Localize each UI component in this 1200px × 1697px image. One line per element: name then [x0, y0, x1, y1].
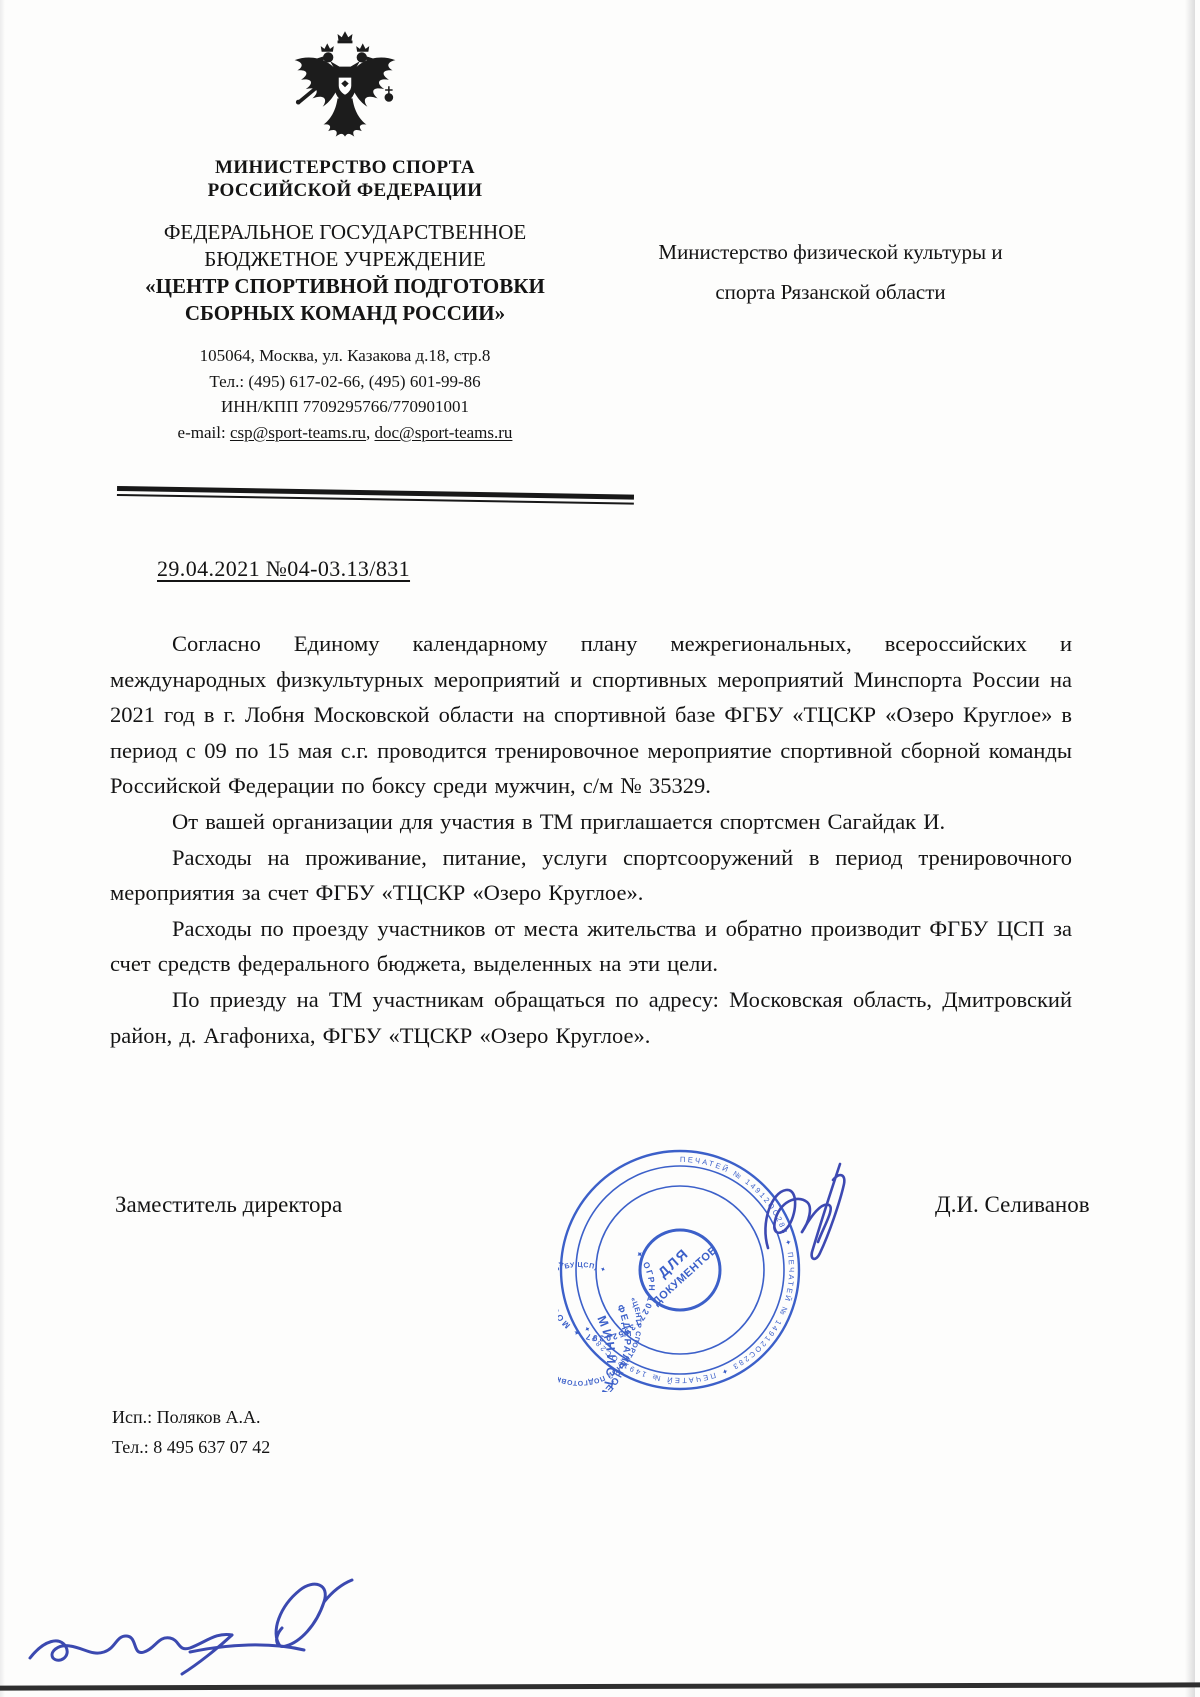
email-link-doc[interactable]: doc@sport-teams.ru: [375, 423, 513, 442]
executor-name: Исп.: Поляков А.А.: [112, 1402, 270, 1432]
org-line2: БЮДЖЕТНОЕ УЧРЕЖДЕНИЕ: [95, 246, 595, 273]
organization-name: ФЕДЕРАЛЬНОЕ ГОСУДАРСТВЕННОЕ БЮДЖЕТНОЕ УЧ…: [95, 219, 595, 327]
phone-numbers: Тел.: (495) 617-02-66, (495) 601-99-86: [95, 369, 595, 395]
paragraph-2: От вашей организации для участия в ТМ пр…: [110, 804, 1072, 840]
recipient-block: Министерство физической культуры и спорт…: [603, 232, 1058, 312]
org-line1: ФЕДЕРАЛЬНОЕ ГОСУДАРСТВЕННОЕ: [95, 219, 595, 246]
contact-block: 105064, Москва, ул. Казакова д.18, стр.8…: [95, 343, 595, 445]
ministry-name-line2: РОССИЙСКОЙ ФЕДЕРАЦИИ: [95, 179, 595, 202]
org-line4: СБОРНЫХ КОМАНД РОССИИ»: [95, 300, 595, 327]
signatory-position: Заместитель директора: [115, 1192, 342, 1218]
letter-body: Согласно Единому календарному плану межр…: [110, 626, 1072, 1053]
paragraph-4: Расходы по проезду участников от места ж…: [110, 911, 1072, 982]
scan-edge-left: [0, 0, 5, 1697]
recipient-line1: Министерство физической культуры и: [603, 232, 1058, 272]
email-link-csp[interactable]: csp@sport-teams.ru: [230, 423, 366, 442]
russia-coat-of-arms-eagle-icon: [289, 30, 401, 150]
signatory-name: Д.И. Селиванов: [935, 1192, 1090, 1218]
email-line: e-mail: csp@sport-teams.ru, doc@sport-te…: [95, 420, 595, 446]
recipient-line2: спорта Рязанской области: [603, 272, 1058, 312]
inn-kpp: ИНН/КПП 7709295766/770901001: [95, 394, 595, 420]
paragraph-3: Расходы на проживание, питание, услуги с…: [110, 840, 1072, 911]
paragraph-5: По приезду на ТМ участникам обращаться п…: [110, 982, 1072, 1053]
date-and-reference-number: 29.04.2021 №04-03.13/831: [157, 556, 410, 582]
postal-address: 105064, Москва, ул. Казакова д.18, стр.8: [95, 343, 595, 369]
executor-block: Исп.: Поляков А.А. Тел.: 8 495 637 07 42: [112, 1402, 270, 1462]
email-label: e-mail:: [178, 423, 230, 442]
director-ink-signature: [752, 1150, 897, 1285]
email-separator: ,: [366, 423, 375, 442]
bottom-handwritten-signature: [18, 1540, 398, 1690]
letterhead: МИНИСТЕРСТВО СПОРТА РОССИЙСКОЙ ФЕДЕРАЦИИ…: [95, 30, 595, 445]
paragraph-1: Согласно Единому календарному плану межр…: [110, 626, 1072, 804]
ministry-name-line1: МИНИСТЕРСТВО СПОРТА: [95, 156, 595, 179]
ministry-name: МИНИСТЕРСТВО СПОРТА РОССИЙСКОЙ ФЕДЕРАЦИИ: [95, 156, 595, 202]
scanned-letter-page: МИНИСТЕРСТВО СПОРТА РОССИЙСКОЙ ФЕДЕРАЦИИ…: [0, 0, 1200, 1697]
org-line3: «ЦЕНТР СПОРТИВНОЙ ПОДГОТОВКИ: [95, 273, 595, 300]
scan-edge-right: [1185, 0, 1195, 1697]
executor-phone: Тел.: 8 495 637 07 42: [112, 1432, 270, 1462]
letterhead-divider-rule: [117, 486, 634, 505]
